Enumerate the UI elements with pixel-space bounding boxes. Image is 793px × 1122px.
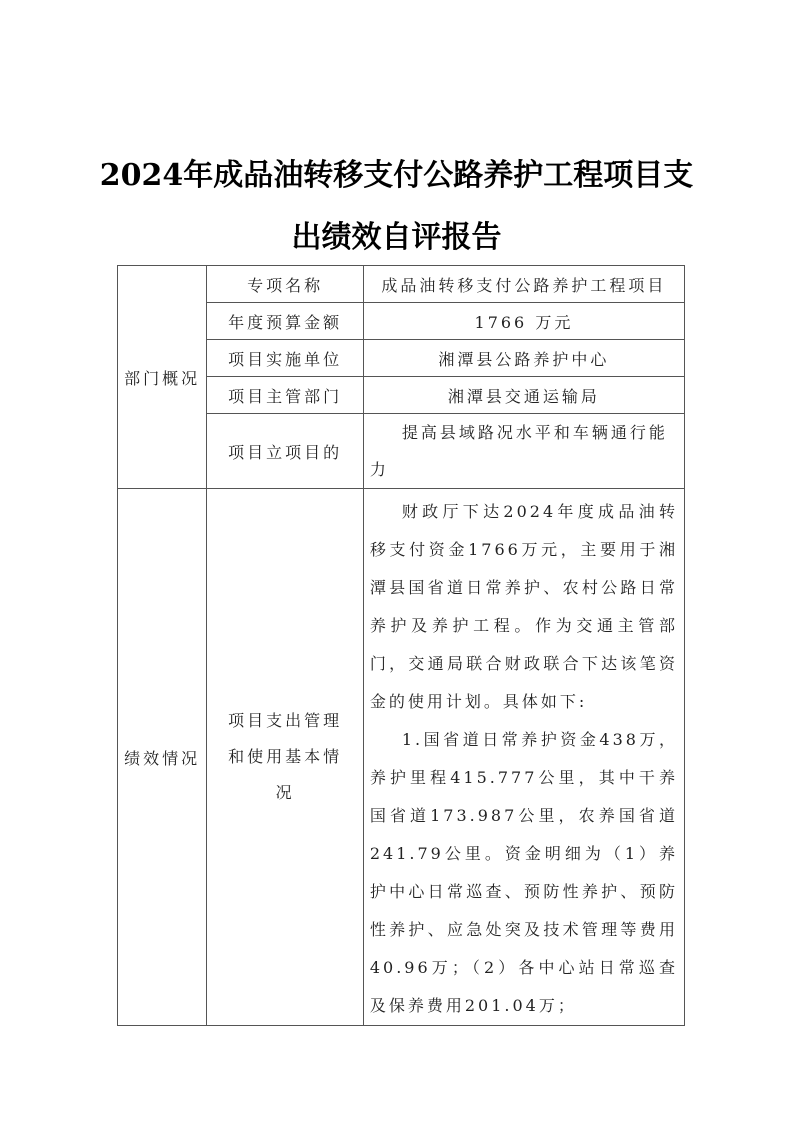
self-evaluation-table: 部门概况 专项名称 成品油转移支付公路养护工程项目 年度预算金额 1766 万元…	[117, 265, 685, 1026]
field-value: 湘潭县交通运输局	[363, 377, 684, 414]
document-title-line2: 出绩效自评报告	[0, 212, 793, 256]
document-title-line1: 2024年成品油转移支付公路养护工程项目支	[0, 150, 793, 194]
field-label: 项目实施单位	[207, 340, 364, 377]
field-label: 项目支出管理和使用基本情况	[207, 703, 363, 811]
table-row: 绩效情况 项目支出管理和使用基本情况 财政厅下达2024年度成品油转移支付资金1…	[118, 489, 685, 1026]
field-label: 项目立项目的	[207, 414, 364, 489]
field-label: 项目主管部门	[207, 377, 364, 414]
section-label-performance: 绩效情况	[118, 489, 207, 1026]
paragraph: 财政厅下达2024年度成品油转移支付资金1766万元，主要用于湘潭县国省道日常养…	[364, 489, 684, 721]
field-value: 1766 万元	[363, 303, 684, 340]
field-label: 年度预算金额	[207, 303, 364, 340]
table-row: 部门概况 专项名称 成品油转移支付公路养护工程项目	[118, 266, 685, 303]
field-label-cell: 项目支出管理和使用基本情况	[207, 489, 364, 1026]
paragraph: 1.国省道日常养护资金438万，养护里程415.777公里，其中干养国省道173…	[364, 721, 684, 1025]
field-value: 提高县域路况水平和车辆通行能力	[364, 414, 684, 488]
field-label: 专项名称	[207, 266, 364, 303]
field-value-cell: 提高县域路况水平和车辆通行能力	[363, 414, 684, 489]
field-value: 湘潭县公路养护中心	[363, 340, 684, 377]
field-value: 成品油转移支付公路养护工程项目	[363, 266, 684, 303]
section-label-department-overview: 部门概况	[118, 266, 207, 489]
field-value-cell: 财政厅下达2024年度成品油转移支付资金1766万元，主要用于湘潭县国省道日常养…	[363, 489, 684, 1026]
